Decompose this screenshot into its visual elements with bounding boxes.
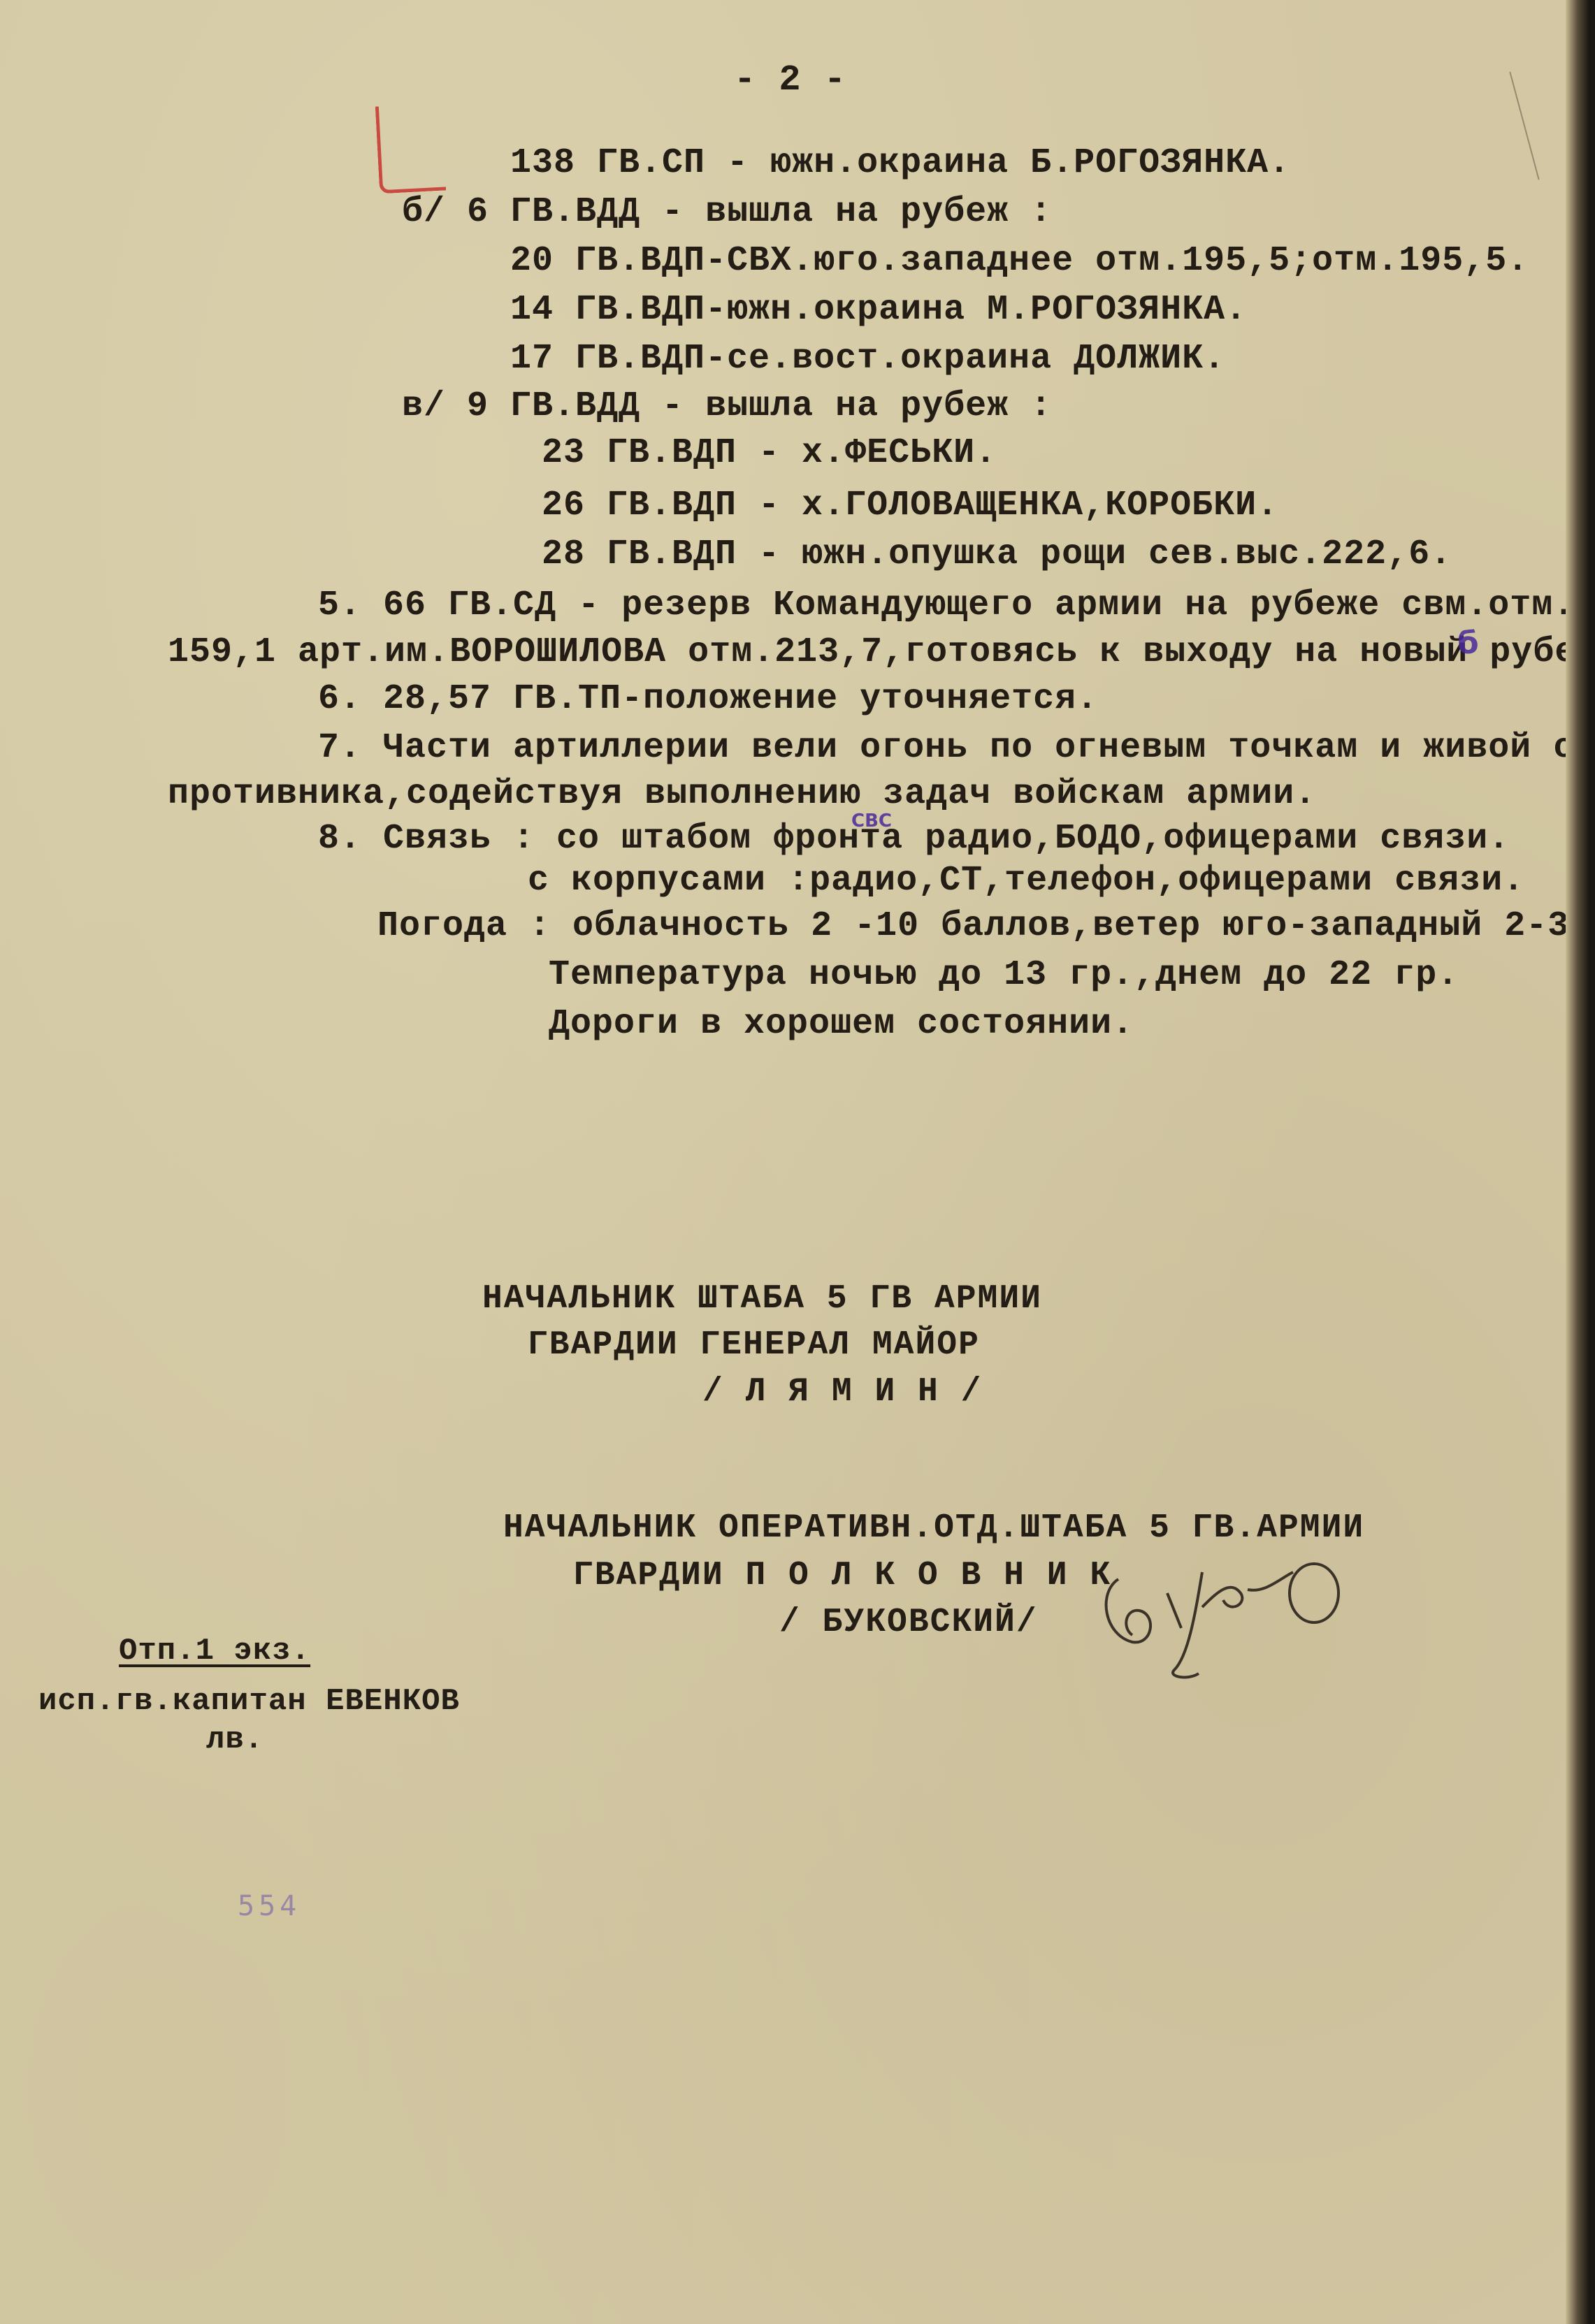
text-line-6: в/ 9 ГВ.ВДД - вышла на рубеж : xyxy=(402,386,1052,426)
page-edge-shadow xyxy=(1566,0,1595,2324)
text-line-9: 28 ГВ.ВДП - южн.опушка рощи сев.выс.222,… xyxy=(542,535,1452,574)
text-line-19: Дороги в хорошем состоянии. xyxy=(549,1004,1134,1044)
handwritten-insert: СВС xyxy=(851,811,892,831)
purple-correction: б xyxy=(1457,625,1479,661)
signatory-title: НАЧАЛЬНИК ОПЕРАТИВН.ОТД.ШТАБА 5 ГВ.АРМИИ xyxy=(503,1509,1364,1547)
signatory-rank: ГВАРДИИ П О Л К О В Н И К xyxy=(573,1557,1111,1595)
text-line-12: 6. 28,57 ГВ.ТП-положение уточняется. xyxy=(318,679,1098,719)
handwritten-signature xyxy=(1090,1551,1356,1691)
text-line-16: с корпусами :радио,СТ,телефон,офицерами … xyxy=(528,861,1524,901)
text-line-1: 138 ГВ.СП - южн.окраина Б.РОГОЗЯНКА. xyxy=(510,143,1290,183)
text-line-18: Температура ночью до 13 гр.,днем до 22 г… xyxy=(549,955,1459,995)
text-line-5: 17 ГВ.ВДП-се.вост.окраина ДОЛЖИК. xyxy=(510,339,1225,379)
text-line-2: б/ 6 ГВ.ВДД - вышла на рубеж : xyxy=(402,192,1052,232)
signatory-title: НАЧАЛЬНИК ШТАБА 5 ГВ АРМИИ xyxy=(482,1280,1042,1318)
typist-initials: лв. xyxy=(206,1722,264,1757)
text-line-10: 5. 66 ГВ.СД - резерв Командующего армии … xyxy=(318,586,1595,625)
archive-stamp-number: 554 xyxy=(238,1890,301,1922)
document-page: - 2 - 138 ГВ.СП - южн.окраина Б.РОГОЗЯНК… xyxy=(0,0,1573,2324)
text-line-11: 159,1 арт.им.ВОРОШИЛОВА отм.213,7,готовя… xyxy=(168,632,1595,672)
red-pencil-mark xyxy=(375,103,446,194)
text-line-7: 23 ГВ.ВДП - х.ФЕСЬКИ. xyxy=(542,433,997,473)
executor-note: исп.гв.капитан ЕВЕНКОВ xyxy=(38,1684,460,1719)
text-line-13: 7. Части артиллерии вели огонь по огневы… xyxy=(318,728,1595,768)
signatory-name: / БУКОВСКИЙ/ xyxy=(779,1604,1038,1641)
paper-tear xyxy=(1509,71,1539,180)
signatory-name: / Л Я М И Н / xyxy=(702,1373,982,1411)
text-line-15: 8. Связь : со штабом фронта радио,БОДО,о… xyxy=(318,819,1510,859)
copies-note: Отп.1 экз. xyxy=(119,1634,310,1669)
signatory-rank: ГВАРДИИ ГЕНЕРАЛ МАЙОР xyxy=(528,1326,980,1364)
text-line-14: противника,содействуя выполнению задач в… xyxy=(168,774,1316,814)
text-line-3: 20 ГВ.ВДП-СВХ.юго.западнее отм.195,5;отм… xyxy=(510,241,1529,281)
text-line-17: Погода : облачность 2 -10 баллов,ветер ю… xyxy=(377,906,1595,946)
text-line-4: 14 ГВ.ВДП-южн.окраина М.РОГОЗЯНКА. xyxy=(510,290,1247,330)
text-line-8: 26 ГВ.ВДП - х.ГОЛОВАЩЕНКА,КОРОБКИ. xyxy=(542,486,1278,525)
page-number: - 2 - xyxy=(734,59,846,101)
